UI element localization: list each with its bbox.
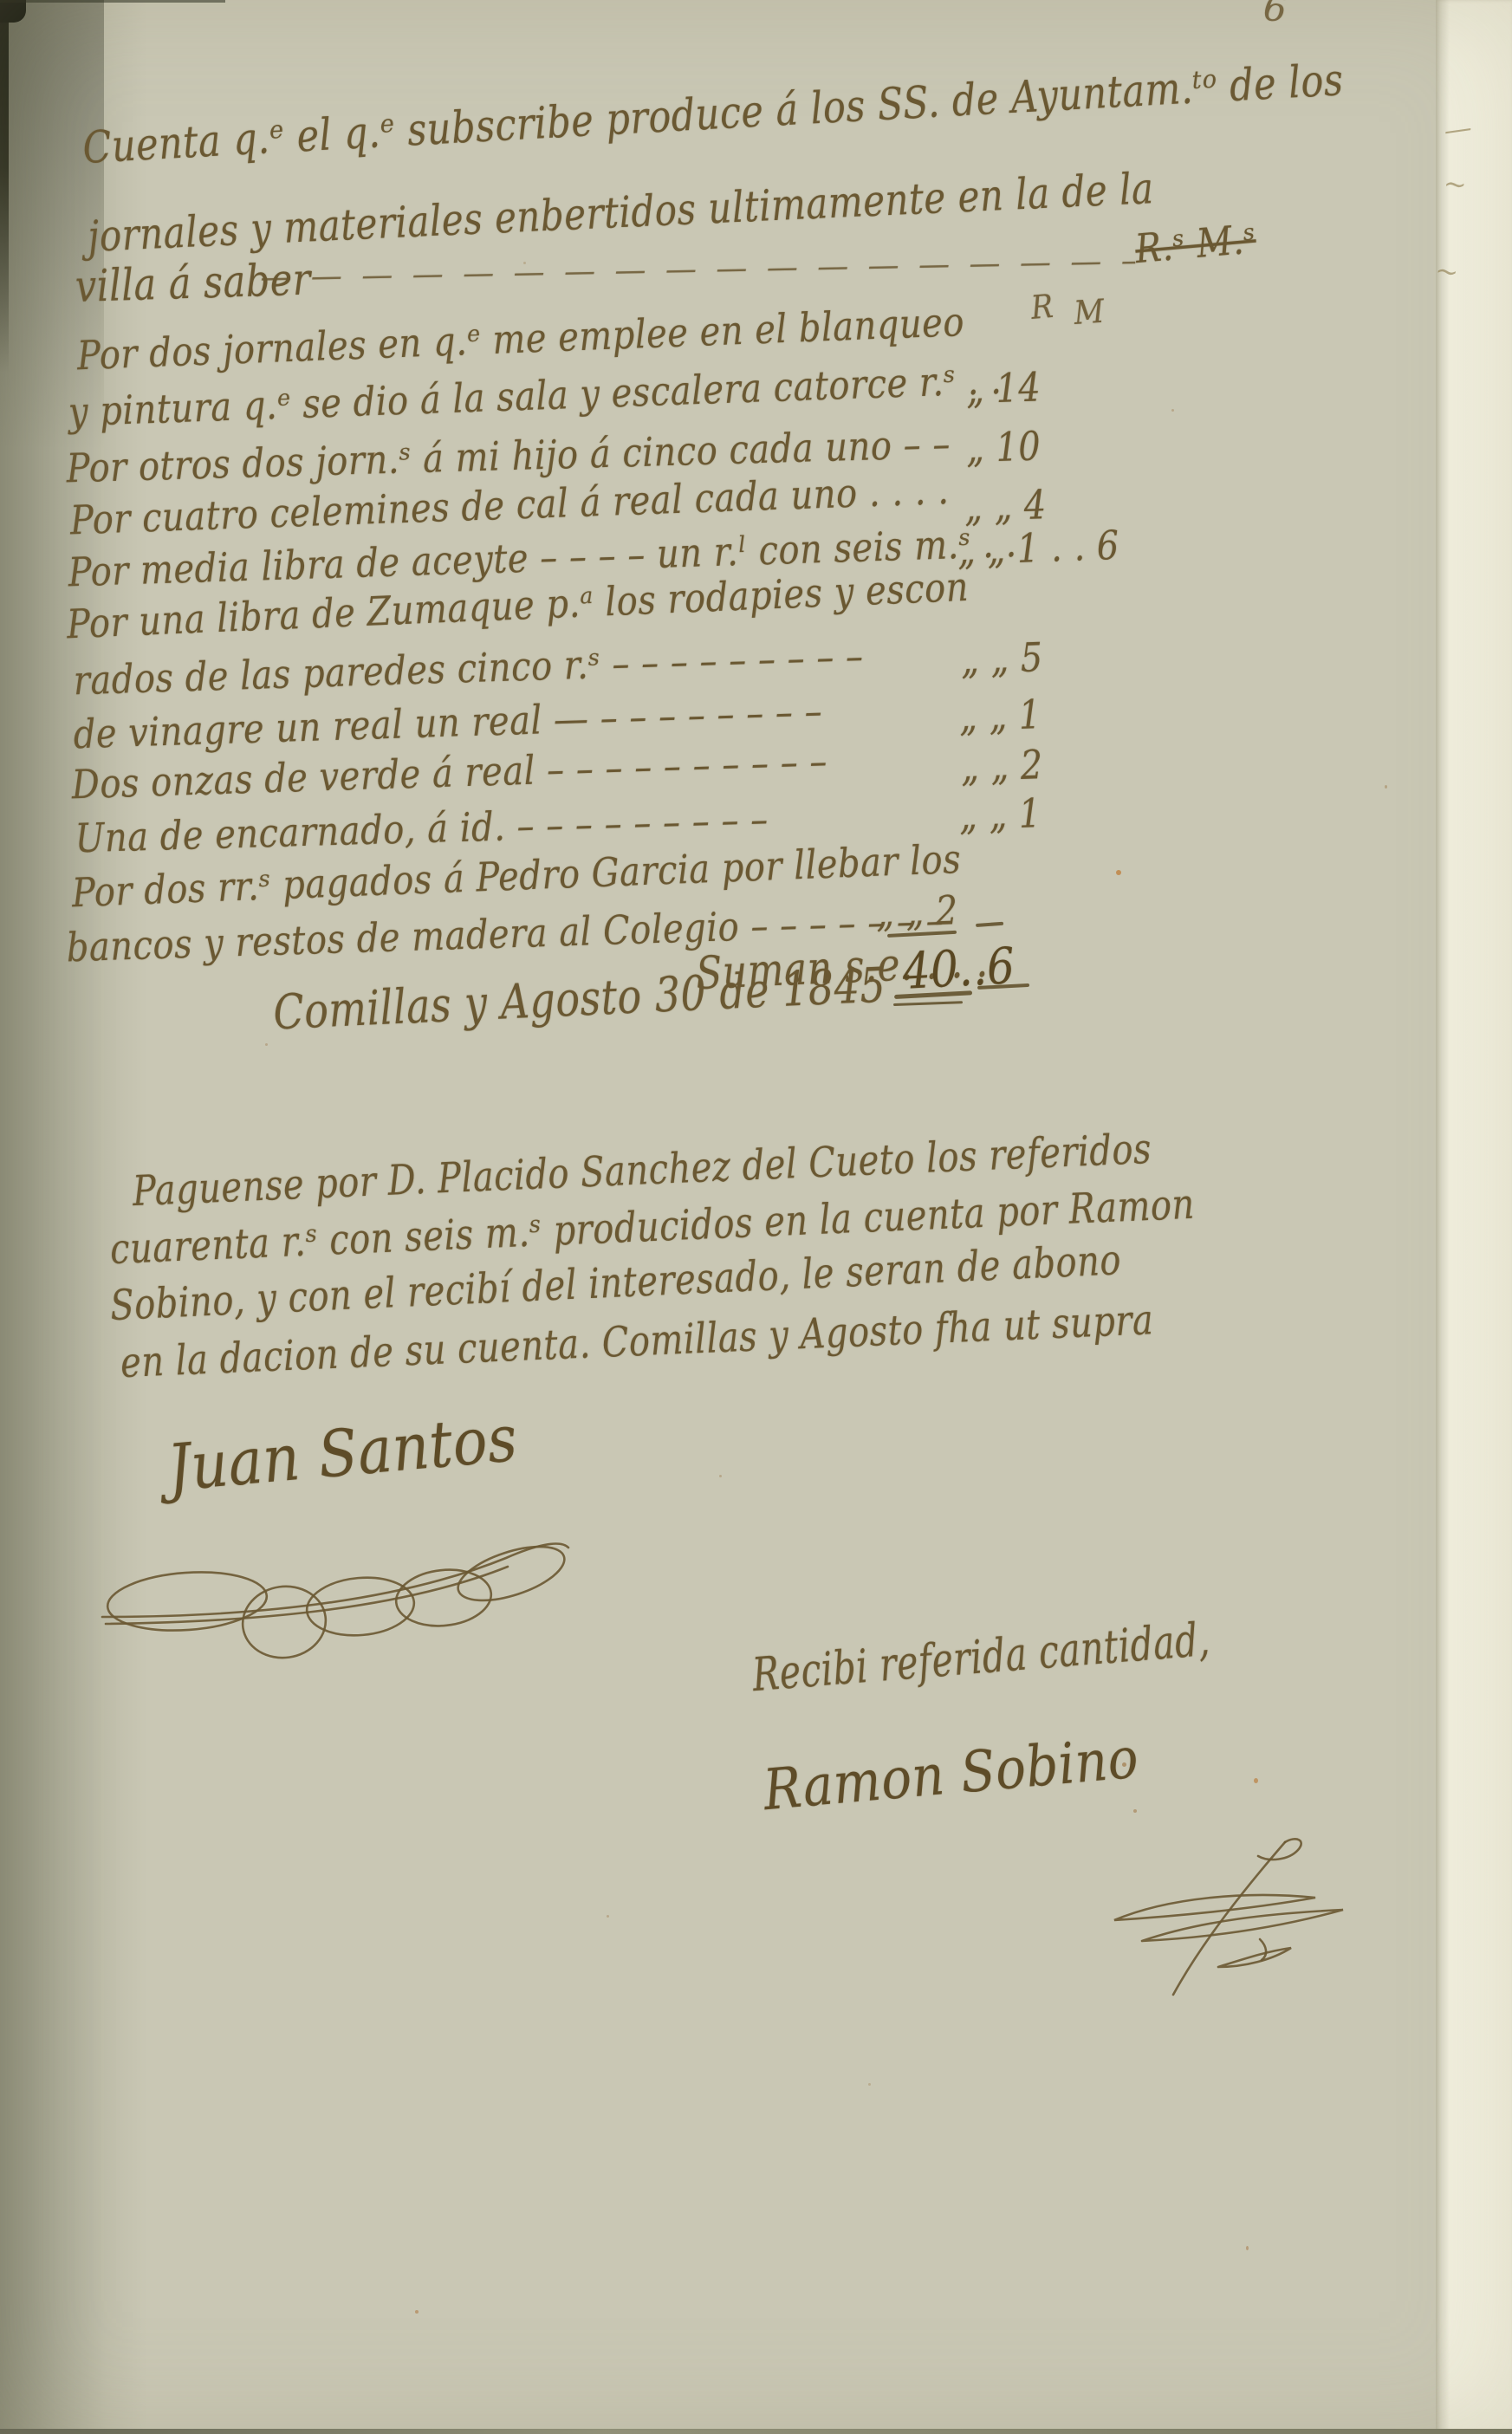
speckle: [868, 2083, 871, 2086]
entry-amount: „ „ 4: [964, 483, 1048, 531]
entry-amount: „ 10: [965, 424, 1042, 472]
total-amount: 40..6: [901, 937, 1016, 1000]
speckle: [1246, 2246, 1249, 2250]
entry-amount: „ „ 5: [960, 635, 1044, 684]
entry-amount: „ „ 1: [958, 692, 1042, 741]
column-header-maravedis: M: [1073, 293, 1106, 333]
signature-juan-santos: Juan Santos: [165, 1401, 520, 1506]
heading-struck-currency-label: R.ˢ M.ˢ: [1133, 217, 1258, 273]
rubric-flourish-ramon-sobino: [1088, 1835, 1378, 2002]
top-left-scan-corner: [0, 0, 26, 23]
speckle: [607, 1915, 609, 1918]
signature-ramon-sobino: Ramon Sobino: [761, 1724, 1141, 1823]
speckle: [1385, 785, 1387, 789]
rubric-flourish-juan-santos: [101, 1522, 575, 1660]
speckle: [265, 1043, 268, 1046]
folio-number: 6: [1262, 0, 1289, 30]
entry-amount: „ „ 1 . . 6: [957, 522, 1120, 574]
entry-amount: „ „ 1: [958, 791, 1042, 840]
speckle: [1254, 1778, 1258, 1783]
dateline: Comillas y Agosto 30 de 1845: [272, 957, 886, 1041]
receipt-line: Recibi referida cantidad,: [750, 1612, 1211, 1702]
manuscript-page: 6 Cuenta q.ᵉ el q.ᵉ subscribe produce á …: [0, 0, 1512, 2434]
speckle: [1171, 409, 1174, 412]
total-underline-2: [893, 1001, 963, 1006]
edge-ink-mark: ~: [1442, 166, 1469, 202]
value-underline-mrs: [976, 922, 1003, 927]
left-edge-dark-sliver: [0, 0, 9, 373]
entry-amount: „ „ 2: [960, 743, 1044, 791]
heading-line-1: Cuenta q.ᵉ el q.ᵉ subscribe produce á lo…: [81, 55, 1345, 174]
column-header-reales: R: [1029, 288, 1055, 328]
heading-leader-dashes: — — — — — — — — — — — — — — — — — — — — …: [260, 243, 1136, 295]
right-page-edge: [1436, 0, 1512, 2434]
speckle: [415, 2310, 419, 2314]
entry-amount: „ 14: [965, 365, 1042, 413]
entry-amount: „ „ 2: [875, 888, 959, 937]
top-edge-line: [0, 0, 225, 3]
edge-ink-mark: —: [1442, 111, 1474, 147]
speckle: [1133, 1809, 1137, 1813]
speckle: [1116, 870, 1121, 875]
speckle: [719, 1475, 722, 1477]
bottom-scan-edge: [0, 2429, 1512, 2434]
